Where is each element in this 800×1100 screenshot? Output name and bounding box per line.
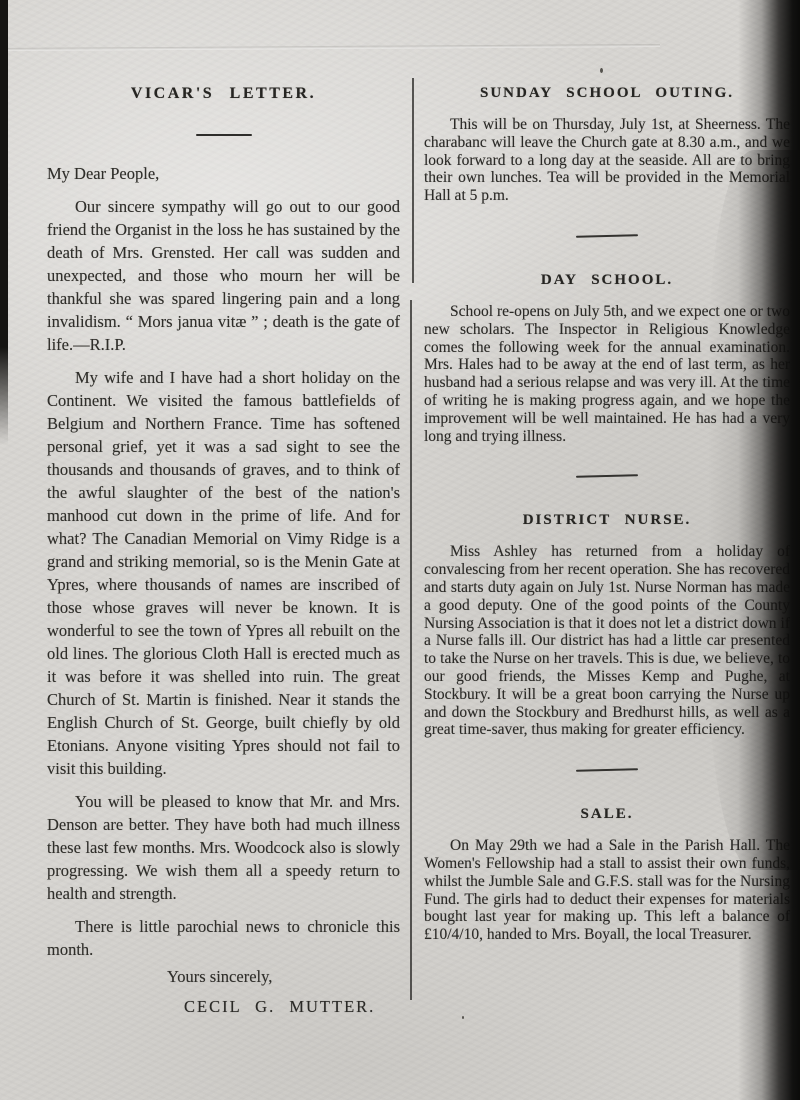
section-rule <box>576 234 638 238</box>
paper-speck <box>462 1016 464 1019</box>
section-rule <box>576 475 638 479</box>
paragraph: You will be pleased to know that Mr. and… <box>47 790 400 905</box>
section-title: SUNDAY SCHOOL OUTING. <box>424 84 790 103</box>
paragraph: My wife and I have had a short holiday o… <box>47 366 400 780</box>
right-edge-shadow <box>738 0 800 1100</box>
valediction: Yours sincerely, <box>167 965 400 988</box>
paragraph: On May 29th we had a Sale in the Parish … <box>424 837 790 944</box>
article-title: VICAR'S LETTER. <box>47 84 400 104</box>
signature: CECIL G. MUTTER. <box>184 995 400 1018</box>
paragraph: There is little parochial news to chroni… <box>47 915 400 961</box>
section-rule <box>576 768 638 772</box>
salutation: My Dear People, <box>47 162 400 185</box>
column-divider <box>412 78 414 283</box>
paper-speck <box>600 68 603 73</box>
left-column: VICAR'S LETTER. My Dear People, Our sinc… <box>47 84 400 1018</box>
title-rule <box>196 134 252 136</box>
paper-crease <box>0 44 660 51</box>
column-divider <box>410 300 412 1000</box>
paragraph: Our sincere sympathy will go out to our … <box>47 195 400 356</box>
magazine-page: VICAR'S LETTER. My Dear People, Our sinc… <box>0 0 800 1100</box>
left-binding-edge <box>0 0 8 445</box>
